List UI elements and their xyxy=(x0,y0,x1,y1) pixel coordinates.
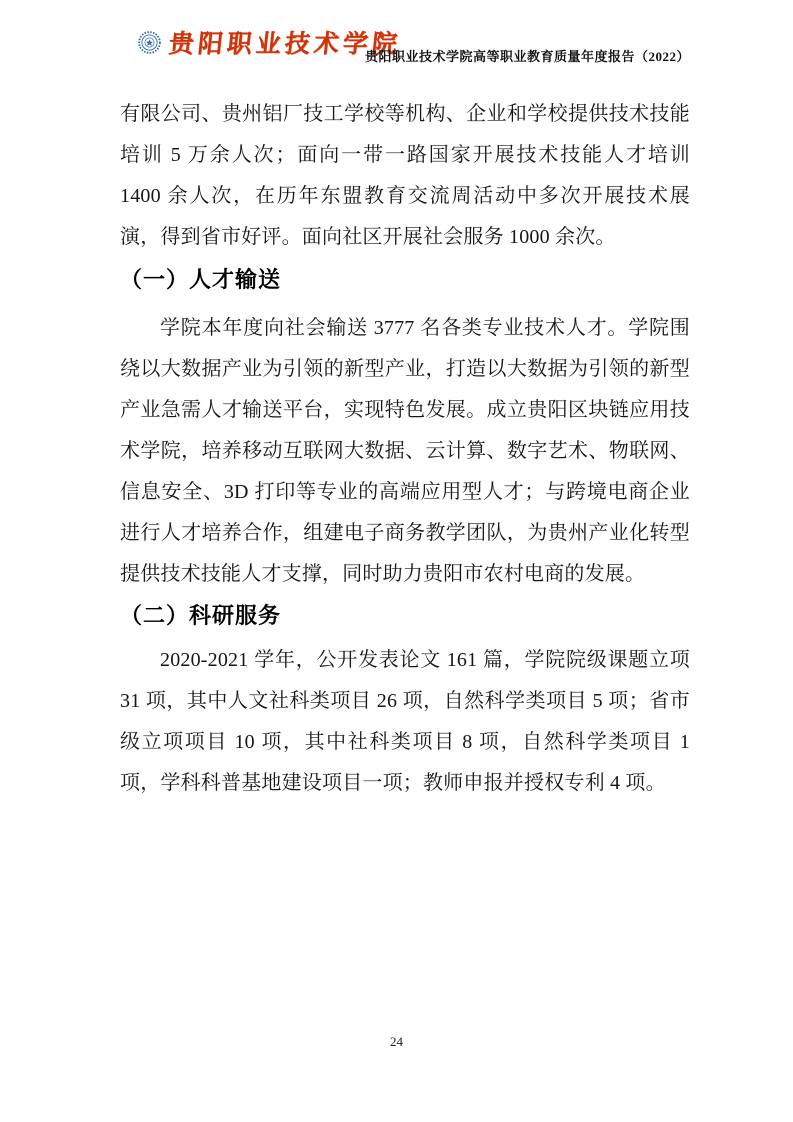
paragraph-talent-delivery: 学院本年度向社会输送 3777 名各类专业技术人才。学院围绕以大数据产业为引领的… xyxy=(120,308,690,595)
page-number: 24 xyxy=(390,1034,403,1049)
report-title-header: 贵阳职业技术学院高等职业教育质量年度报告（2022） xyxy=(365,46,690,65)
document-body: 有限公司、贵州铝厂技工学校等机构、企业和学校提供技术技能培训 5 万余人次；面向… xyxy=(120,94,690,804)
college-seal-icon xyxy=(138,31,161,54)
page-footer: 24 xyxy=(0,1034,793,1050)
page-header: 贵阳职业技术学院 贵阳职业技术学院高等职业教育质量年度报告（2022） xyxy=(0,0,793,90)
college-logo: 贵阳职业技术学院 xyxy=(138,24,401,60)
paragraph-research-service: 2020-2021 学年，公开发表论文 161 篇，学院院级课题立项 31 项，… xyxy=(120,640,690,804)
section-heading-talent-delivery: （一）人才输送 xyxy=(120,262,690,298)
paragraph-social-training: 有限公司、贵州铝厂技工学校等机构、企业和学校提供技术技能培训 5 万余人次；面向… xyxy=(120,94,690,258)
section-heading-research-service: （二）科研服务 xyxy=(120,598,690,634)
document-page: 贵阳职业技术学院 贵阳职业技术学院高等职业教育质量年度报告（2022） 有限公司… xyxy=(0,0,793,1122)
